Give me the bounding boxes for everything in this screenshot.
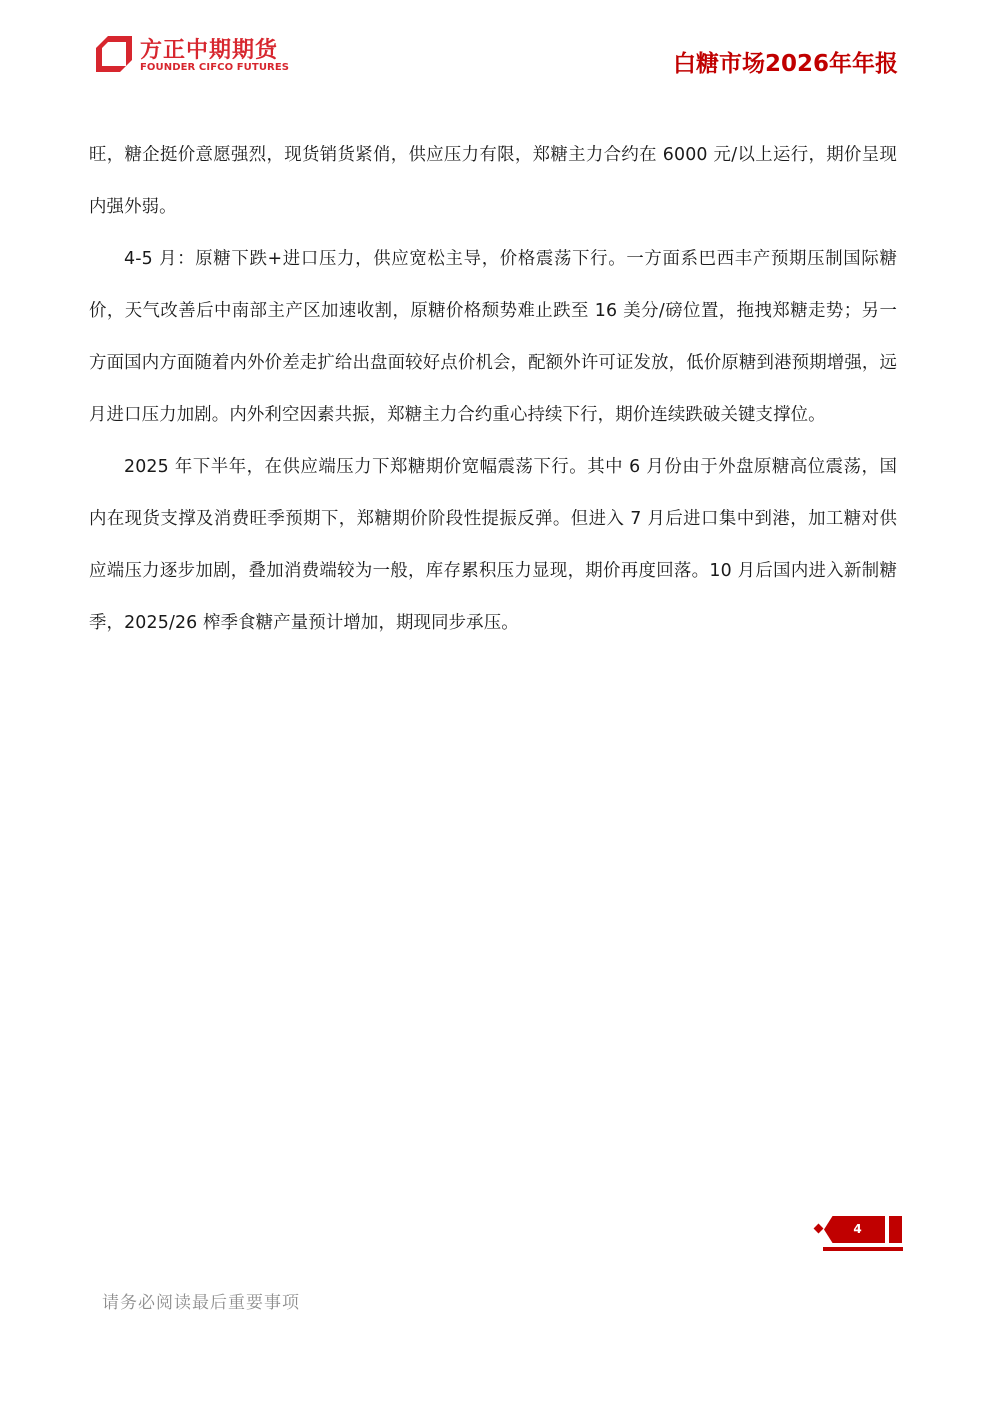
page-number-badge: 4 (812, 1214, 904, 1254)
paragraph: 4-5 月：原糖下跌+进口压力，供应宽松主导，价格震荡下行。一方面系巴西丰产预期… (89, 233, 897, 441)
founder-logo-icon (96, 36, 132, 72)
body-content: 旺，糖企挺价意愿强烈，现货销货紧俏，供应压力有限，郑糖主力合约在 6000 元/… (89, 129, 897, 649)
paragraph: 2025 年下半年，在供应端压力下郑糖期价宽幅震荡下行。其中 6 月份由于外盘原… (89, 441, 897, 649)
logo-name-en: FOUNDER CIFCO FUTURES (140, 62, 289, 73)
logo-name-cn: 方正中期期货 (140, 33, 278, 64)
diamond-icon (814, 1224, 824, 1234)
page-tab-block (889, 1216, 902, 1243)
report-title: 白糖市场2026年年报 (673, 45, 898, 78)
company-logo: 方正中期期货 FOUNDER CIFCO FUTURES (96, 33, 296, 75)
paragraph: 旺，糖企挺价意愿强烈，现货销货紧俏，供应压力有限，郑糖主力合约在 6000 元/… (89, 129, 897, 233)
disclaimer-text: 请务必阅读最后重要事项 (102, 1288, 300, 1313)
page-underline (823, 1247, 903, 1251)
page-number: 4 (824, 1216, 885, 1243)
